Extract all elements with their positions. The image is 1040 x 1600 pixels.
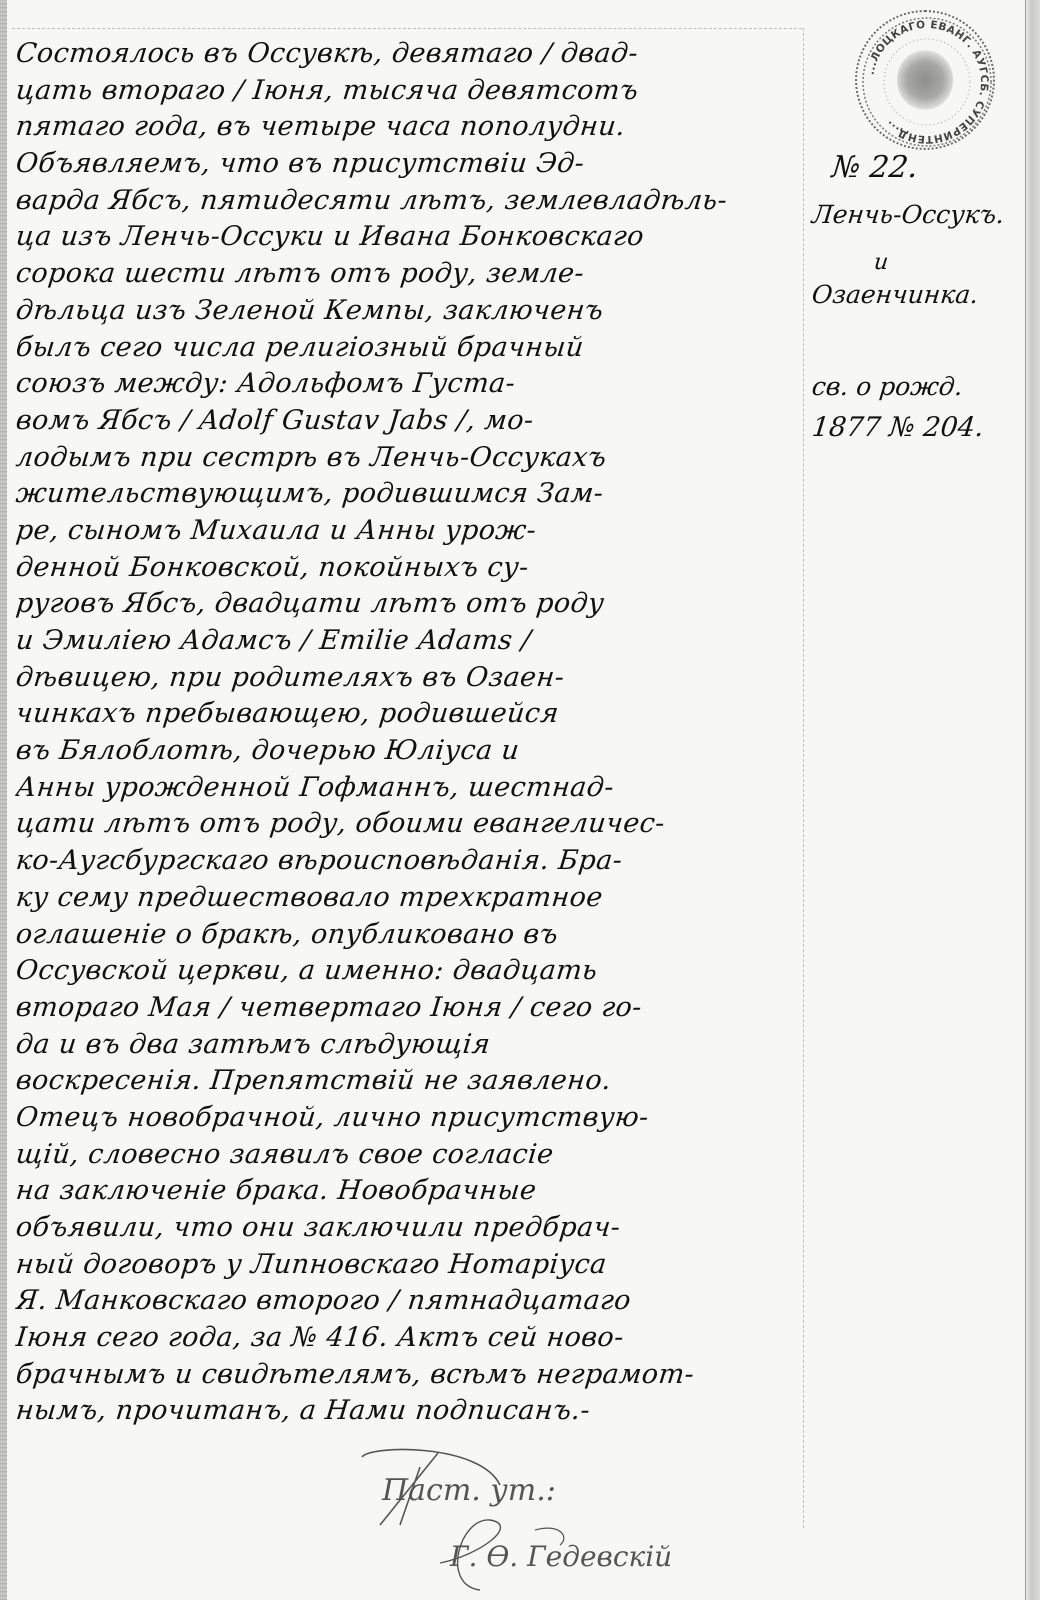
entry-number: № 22.: [830, 150, 919, 185]
record-line: чинкахъ пребывающею, родившейся: [14, 696, 808, 733]
parish-seal-stamp: ...ЛОЦКАГО ЕВАНГ. АУГСБ. СУПЕРИНТЕНД...: [855, 10, 995, 150]
pastor-signature: Паст. ут.: Г. Ѳ. Гедевскій: [360, 1445, 690, 1595]
record-line: ре, сыномъ Михаила и Анны урож-: [14, 513, 808, 550]
record-line: втораго Мая / четвертаго Іюня / сего го-: [14, 990, 808, 1027]
record-line: жительствующимъ, родившимся Зам-: [14, 476, 808, 513]
record-line: союзъ между: Адольфомъ Густа-: [14, 366, 808, 403]
record-line: на заключеніе брака. Новобрачные: [14, 1173, 808, 1210]
record-line: руговъ Ябсъ, двадцати лѣтъ отъ роду: [14, 586, 808, 623]
record-line: да и въ два затѣмъ слѣдующія: [14, 1027, 808, 1064]
record-line: цати лѣтъ отъ роду, обоими евангеличес-: [14, 806, 808, 843]
record-line: Іюня сего года, за № 416. Актъ сей ново-: [14, 1320, 808, 1357]
record-line: Состоялось въ Оссувкѣ, девятаго / двад-: [14, 36, 808, 73]
record-line: объявили, что они заключили предбрач-: [14, 1210, 808, 1247]
record-line: брачнымъ и свидѣтелямъ, всѣмъ неграмот-: [14, 1357, 808, 1394]
record-body: Состоялось въ Оссувкѣ, девятаго / двад- …: [14, 36, 804, 1430]
signature-name: Г. Ѳ. Гедевскій: [450, 1540, 672, 1573]
top-ruled-line: [12, 28, 802, 29]
record-line: Анны урожденной Гофманнъ, шестнад-: [14, 770, 808, 807]
record-line: ца изъ Ленчь-Оссуки и Ивана Бонковскаго: [14, 219, 808, 256]
record-line: лодымъ при сестрѣ въ Ленчь-Оссукахъ: [14, 440, 808, 477]
record-line: былъ сего числа религіозный брачный: [14, 330, 808, 367]
record-line: Отецъ новобрачной, лично присутствую-: [14, 1100, 808, 1137]
signature-title: Паст. ут.:: [382, 1473, 556, 1508]
margin-place-2: Озаенчинка.: [810, 280, 979, 309]
record-line: ный договоръ у Липновскаго Нотаріуса: [14, 1247, 808, 1284]
record-line: сорока шести лѣтъ отъ роду, земле-: [14, 256, 808, 293]
record-line: цать втораго / Іюня, тысяча девятсотъ: [14, 73, 808, 110]
record-line: въ Бялоблотѣ, дочерью Юліуса и: [14, 733, 808, 770]
record-line: дѣвицею, при родителяхъ въ Озаен-: [14, 660, 808, 697]
record-line: ку сему предшествовало трехкратное: [14, 880, 808, 917]
birth-certificate-ref: св. о рожд.: [810, 372, 964, 401]
record-line: щій, словесно заявилъ свое согласіе: [14, 1137, 808, 1174]
document-page: Состоялось въ Оссувкѣ, девятаго / двад- …: [0, 0, 1040, 1600]
margin-conjunction: и: [873, 250, 890, 275]
record-line: воскресенія. Препятствій не заявлено.: [14, 1063, 808, 1100]
record-line: варда Ябсъ, пятидесяти лѣтъ, землевладѣл…: [14, 183, 808, 220]
page-right-edge: [1025, 0, 1040, 1600]
record-line: денной Бонковской, покойныхъ су-: [14, 550, 808, 587]
record-line: ко-Аугсбургскаго вѣроисповѣданія. Бра-: [14, 843, 808, 880]
birth-record-number: 1877 № 204.: [810, 412, 985, 443]
page-binding-edge: [0, 0, 7, 1600]
record-line: вомъ Ябсъ / Adolf Gustav Jabs /, мо-: [14, 403, 808, 440]
record-line: Оссувской церкви, а именно: двадцать: [14, 953, 808, 990]
record-line: пятаго года, въ четыре часа пополудни.: [14, 109, 808, 146]
record-line: оглашеніе о бракѣ, опубликовано въ: [14, 917, 808, 954]
record-line: Объявляемъ, что въ присутствіи Эд-: [14, 146, 808, 183]
record-line: Я. Манковскаго второго / пятнадцатаго: [14, 1283, 808, 1320]
record-line: нымъ, прочитанъ, а Нами подписанъ.-: [14, 1393, 808, 1430]
eagle-emblem-icon: [897, 50, 953, 110]
record-line: дѣльца изъ Зеленой Кемпы, заключенъ: [14, 293, 808, 330]
record-line: и Эмиліею Адамсъ / Emilie Adams /: [14, 623, 808, 660]
margin-place-1: Ленчь-Оссукъ.: [810, 200, 1005, 229]
